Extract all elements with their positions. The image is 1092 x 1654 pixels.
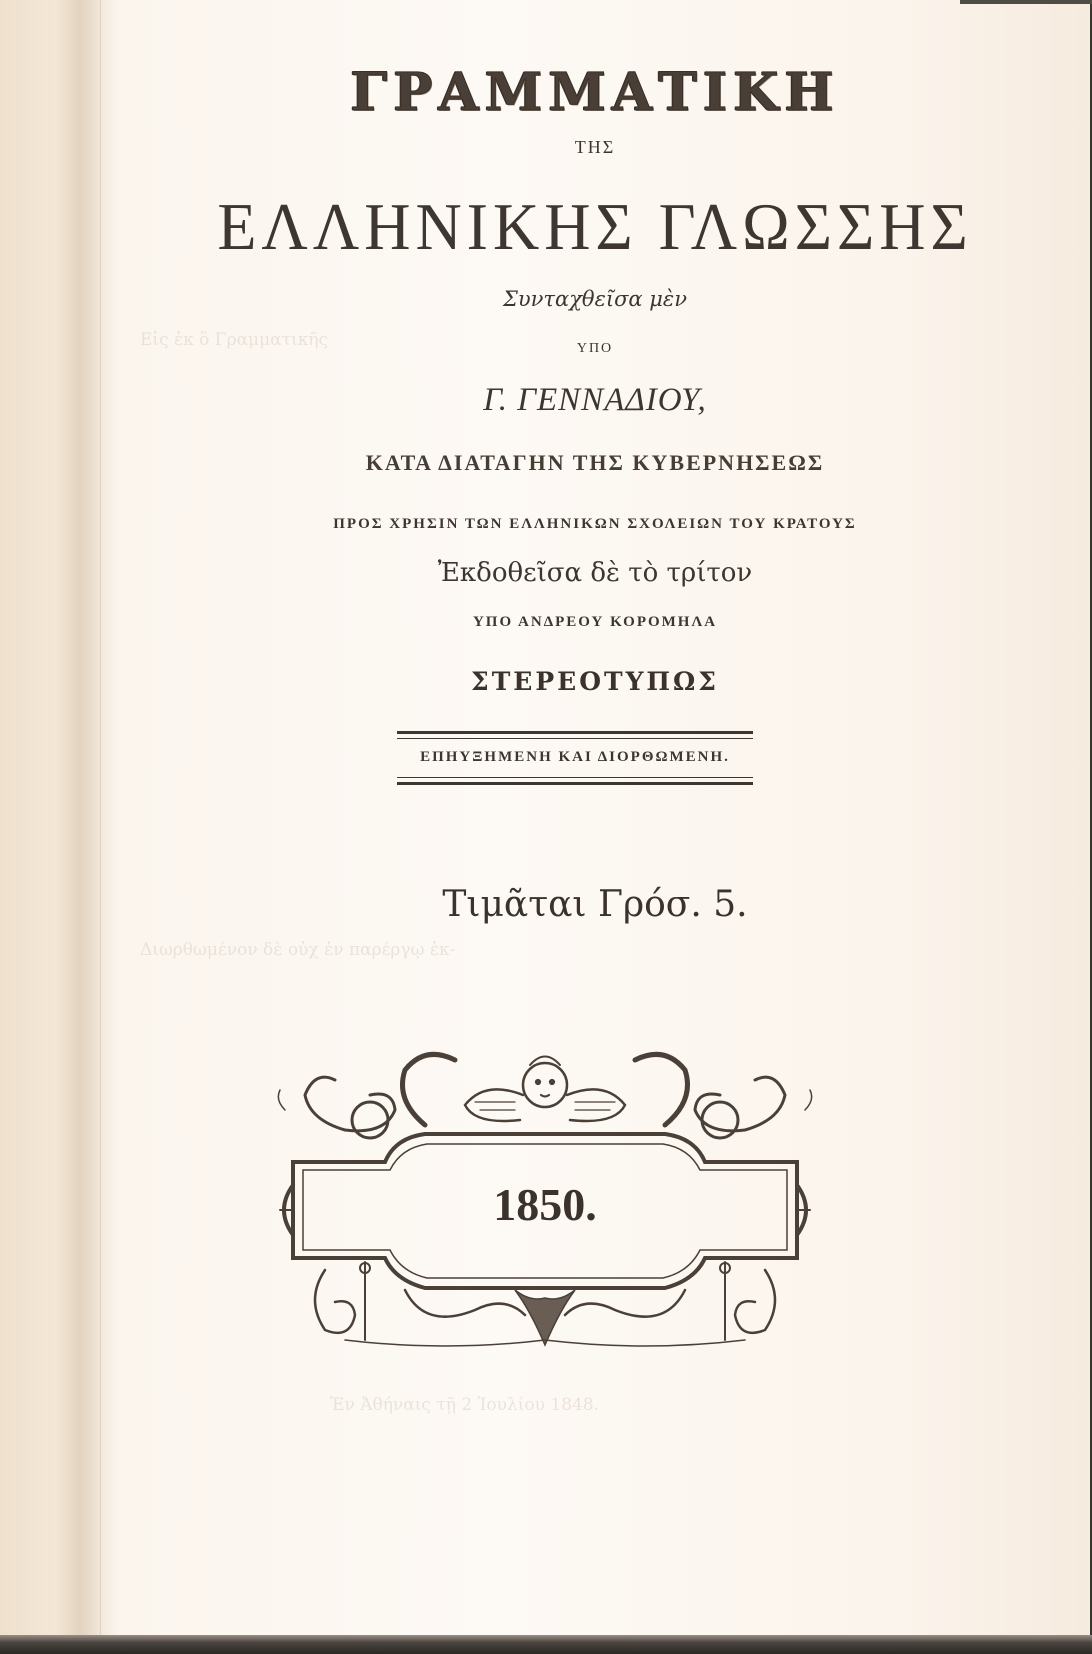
by-label: ΥΠΟ [100, 341, 1090, 357]
book-subtitle: ΕΛΛΗΝΙΚΗΣ ΓΛΩΣΣΗΣ [100, 188, 1090, 266]
title-article: ΤΗΣ [100, 137, 1090, 158]
double-rule-bottom [397, 777, 753, 785]
bottom-edge-shadow [0, 1635, 1092, 1654]
publication-year: 1850. [275, 1178, 815, 1231]
double-rule-top [397, 731, 753, 739]
stereotyped-label: ΣΤΕΡΕΟΤΥΠΩΣ [100, 667, 1090, 696]
book-title: ΓΡΑΜΜΑΤΙΚΗ [100, 62, 1090, 123]
government-order-line: ΚΑΤΑ ΔΙΑΤΑΓΗΝ ΤΗΣ ΚΥΒΕΡΝΗΣΕΩΣ [100, 450, 1090, 476]
bleed-through-text: Ἐν Ἀθήναις τῇ 2 Ἰουλίου 1848. [330, 1395, 599, 1415]
author-name: Γ. ΓΕΝΝΑΔΙΟΥ, [100, 382, 1090, 419]
compiled-line: Συνταχθεῖσα μὲν [100, 287, 1090, 311]
edition-line: Ἐκδοθεῖσα δὲ τὸ τρίτον [100, 558, 1090, 588]
purpose-line: ΠΡΟΣ ΧΡΗΣΙΝ ΤΩΝ ΕΛΛΗΝΙΚΩΝ ΣΧΟΛΕΙΩΝ ΤΟΥ Κ… [100, 516, 1090, 533]
price-line: Τιμᾶται Γρόσ. 5. [100, 884, 1090, 925]
bleed-through-text: Διωρθωμένον δὲ οὐχ ἐν παρέργῳ ἐκ- [140, 940, 455, 960]
editor-line: ΥΠΟ ΑΝΔΡΕΟΥ ΚΟΡΟΜΗΛΑ [100, 614, 1090, 631]
top-edge-shadow [960, 0, 1092, 4]
augmented-corrected-label: ΕΠΗΥΞΗΜΕΝΗ ΚΑΙ ΔΙΟΡΘΩΜΕΝΗ. [397, 749, 753, 766]
book-spine-edge [0, 0, 101, 1640]
